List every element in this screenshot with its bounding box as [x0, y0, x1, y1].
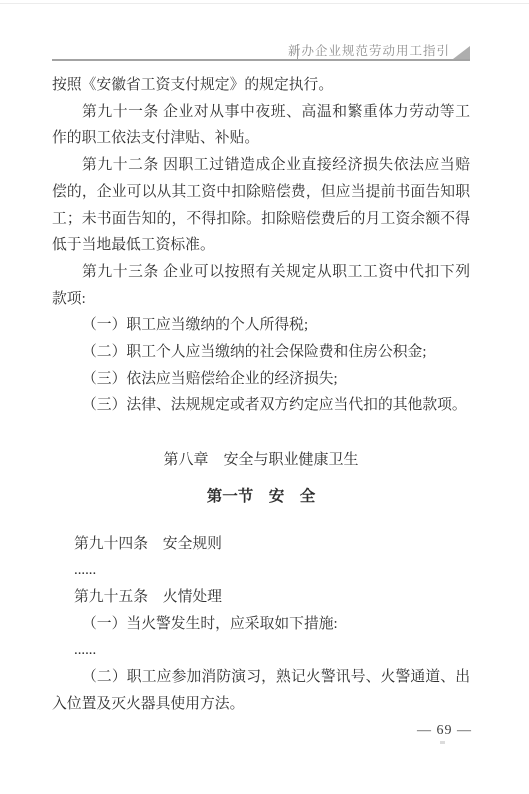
running-header-title: 新办企业规范劳动用工指引	[288, 43, 450, 59]
text-line: 第九十四条 安全规则	[52, 531, 470, 558]
text-line: 第九十五条 火情处理	[52, 584, 470, 611]
page-number: — 69 —	[417, 722, 472, 740]
text-line: （一）职工应当缴纳的个人所得税;	[52, 312, 470, 339]
text-line: 第九十三条 企业可以按照有关规定从职工工资中代扣下列	[52, 259, 470, 286]
text-line: 第九十一条 企业对从事中夜班、高温和繁重体力劳动等工	[52, 99, 470, 126]
text-line: 按照《安徽省工资支付规定》的规定执行。	[52, 72, 470, 99]
text-line: 偿的，企业可以从其工资中扣除赔偿费，但应当提前书面告知职	[52, 179, 470, 206]
chapter-heading: 第八章 安全与职业健康卫生	[52, 447, 470, 474]
text-line: 低于当地最低工资标准。	[52, 232, 470, 259]
section-heading: 第一节 安 全	[52, 484, 470, 511]
text-line: 入位置及灭火器具使用方法。	[52, 691, 470, 718]
scan-speck-artifact	[440, 741, 445, 744]
text-line: 工；未书面告知的，不得扣除。扣除赔偿费后的月工资余额不得	[52, 206, 470, 233]
text-line: （三）法律、法规规定或者双方约定应当代扣的其他款项。	[52, 392, 470, 419]
text-line: 作的职工依法支付津贴、补贴。	[52, 125, 470, 152]
text-line: ......	[52, 557, 470, 584]
text-line: ......	[52, 637, 470, 664]
text-line: 款项:	[52, 286, 470, 313]
text-line: （二）职工应参加消防演习，熟记火警讯号、火警通道、出	[52, 664, 470, 691]
document-page: 新办企业规范劳动用工指引 按照《安徽省工资支付规定》的规定执行。第九十一条 企业…	[0, 0, 529, 794]
text-line: （一）当火警发生时，应采取如下措施:	[52, 611, 470, 638]
text-line: 第九十二条 因职工过错造成企业直接经济损失依法应当赔	[52, 152, 470, 179]
scan-edge-artifact	[0, 3, 529, 4]
text-line: （二）职工个人应当缴纳的社会保险费和住房公积金;	[52, 339, 470, 366]
document-body: 按照《安徽省工资支付规定》的规定执行。第九十一条 企业对从事中夜班、高温和繁重体…	[52, 61, 470, 717]
corner-triangle-icon	[453, 46, 470, 59]
text-line: （三）依法应当赔偿给企业的经济损失;	[52, 366, 470, 393]
